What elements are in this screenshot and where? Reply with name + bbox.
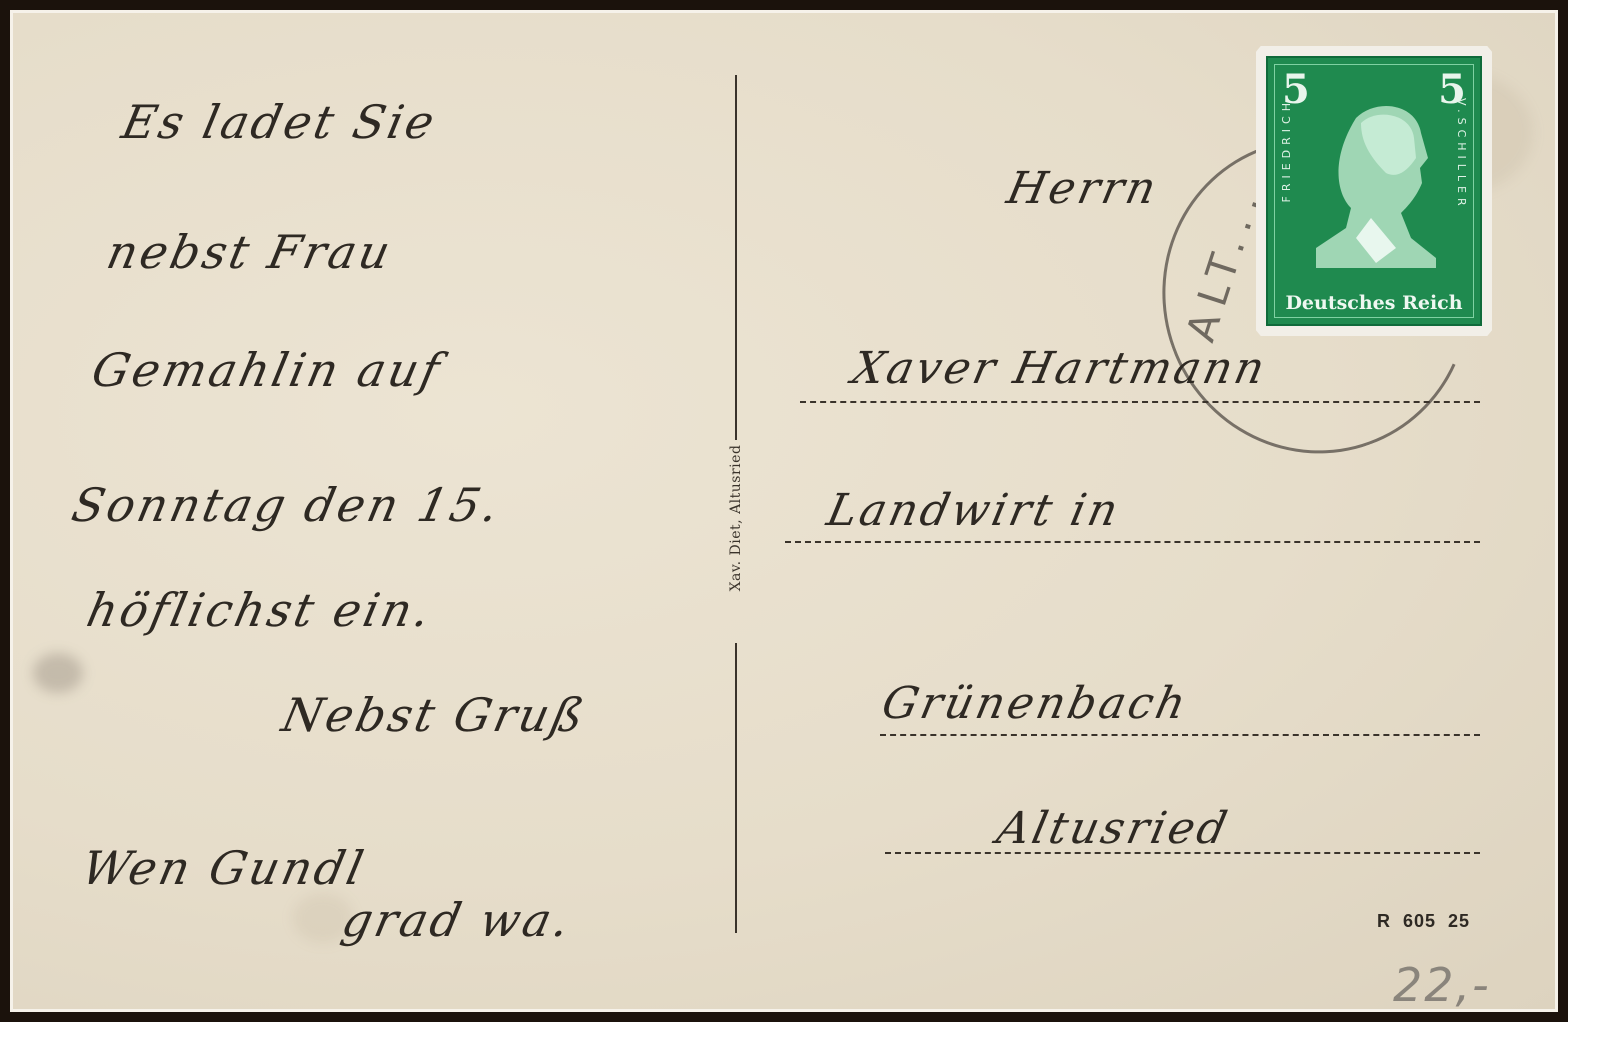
address-line-4: Grünenbach — [878, 678, 1193, 729]
message-line-8: grad wa. — [337, 893, 577, 947]
pencil-price-note: 22,- — [1393, 958, 1491, 1009]
schiller-portrait-icon — [1316, 98, 1436, 268]
address-dotted-line-3 — [880, 734, 1480, 736]
message-line-7: Wen Gundl — [77, 841, 371, 895]
print-code: R 605 25 — [1377, 911, 1470, 932]
address-dotted-line-4 — [885, 852, 1480, 854]
message-line-6: Nebst Gruß — [277, 688, 591, 742]
stamp-name-right: V.SCHILLER — [1455, 98, 1468, 211]
center-divider-top — [735, 75, 737, 440]
address-line-5: Altusried — [993, 803, 1235, 854]
address-line-2: Xaver Hartmann — [848, 343, 1272, 394]
address-line-3: Landwirt in — [823, 485, 1126, 536]
address-line-1: Herrn — [1003, 163, 1164, 214]
postage-stamp: 5 5 FRIEDRICH V.SCHILLER Deutsches Reich — [1256, 46, 1492, 336]
message-line-4: Sonntag den 15. — [67, 478, 506, 532]
stamp-country: Deutsches Reich — [1268, 292, 1480, 314]
printer-imprint: Xav. Diet, Altusried — [728, 445, 744, 592]
address-dotted-line-2 — [785, 541, 1480, 543]
postcard: Es ladet Sie nebst Frau Gemahlin auf Son… — [13, 13, 1555, 1009]
address-dotted-line-1 — [800, 401, 1480, 403]
message-line-2: nebst Frau — [102, 225, 397, 279]
paper-stain — [33, 653, 83, 693]
message-line-1: Es ladet Sie — [117, 95, 442, 149]
message-line-5: höflichst ein. — [82, 583, 438, 637]
message-line-3: Gemahlin auf — [87, 343, 447, 397]
center-divider-bottom — [735, 643, 737, 933]
stamp-face: 5 5 FRIEDRICH V.SCHILLER Deutsches Reich — [1266, 56, 1482, 326]
stamp-name-left: FRIEDRICH — [1280, 98, 1293, 202]
